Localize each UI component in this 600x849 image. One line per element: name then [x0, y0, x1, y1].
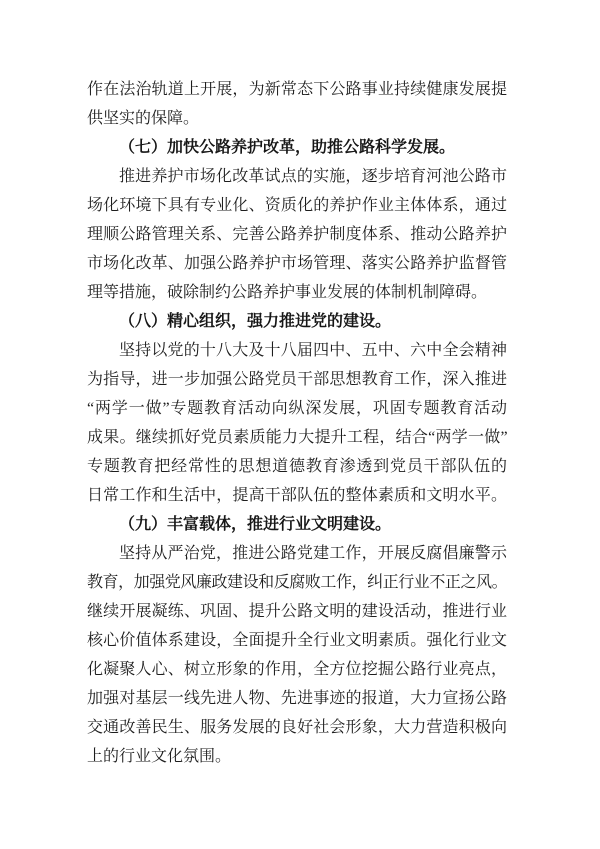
document-line: 交通改善民生、服务发展的良好社会形象，大力营造积极向 — [87, 713, 507, 742]
document-line: 继续开展凝练、巩固、提升公路文明的建设活动，推进行业 — [87, 597, 507, 626]
document-line: 理顺公路管理关系、完善公路养护制度体系、推动公路养护 — [87, 220, 507, 249]
document-line: 日常工作和生活中，提高干部队伍的整体素质和文明水平。 — [87, 481, 507, 510]
document-line: 专题教育把经常性的思想道德教育渗透到党员干部队伍的 — [87, 452, 507, 481]
document-line: 为指导，进一步加强公路党员干部思想教育工作，深入推进 — [87, 365, 507, 394]
document-line: 场化环境下具有专业化、资质化的养护作业主体体系，通过 — [87, 191, 507, 220]
document-text-block: 作在法治轨道上开展，为新常态下公路事业持续健康发展提 供坚实的保障。 （七）加快… — [87, 75, 507, 771]
document-line: 理等措施，破除制约公路养护事业发展的体制机制障碍。 — [87, 278, 507, 307]
document-line: 教育，加强党风廉政建设和反腐败工作，纠正行业不正之风。 — [87, 568, 507, 597]
document-line: “两学一做”专题教育活动向纵深发展，巩固专题教育活动 — [87, 394, 507, 423]
document-line: 坚持从严治党，推进公路党建工作，开展反腐倡廉警示 — [87, 539, 507, 568]
document-line: 市场化改革、加强公路养护市场管理、落实公路养护监督管 — [87, 249, 507, 278]
section-heading-9: （九）丰富载体，推进行业文明建设。 — [87, 510, 507, 539]
document-line: 核心价值体系建设，全面提升全行业文明素质。强化行业文 — [87, 626, 507, 655]
document-line: 供坚实的保障。 — [87, 104, 507, 133]
section-heading-7: （七）加快公路养护改革，助推公路科学发展。 — [87, 133, 507, 162]
section-heading-8: （八）精心组织，强力推进党的建设。 — [87, 307, 507, 336]
document-line: 坚持以党的十八大及十八届四中、五中、六中全会精神 — [87, 336, 507, 365]
document-line: 加强对基层一线先进人物、先进事迹的报道，大力宣扬公路 — [87, 684, 507, 713]
document-line: 成果。继续抓好党员素质能力大提升工程，结合“两学一做” — [87, 423, 507, 452]
document-page: 作在法治轨道上开展，为新常态下公路事业持续健康发展提 供坚实的保障。 （七）加快… — [0, 0, 600, 849]
document-line: 化凝聚人心、树立形象的作用，全方位挖掘公路行业亮点， — [87, 655, 507, 684]
document-line: 推进养护市场化改革试点的实施，逐步培育河池公路市 — [87, 162, 507, 191]
document-line: 上的行业文化氛围。 — [87, 742, 507, 771]
document-line: 作在法治轨道上开展，为新常态下公路事业持续健康发展提 — [87, 75, 507, 104]
